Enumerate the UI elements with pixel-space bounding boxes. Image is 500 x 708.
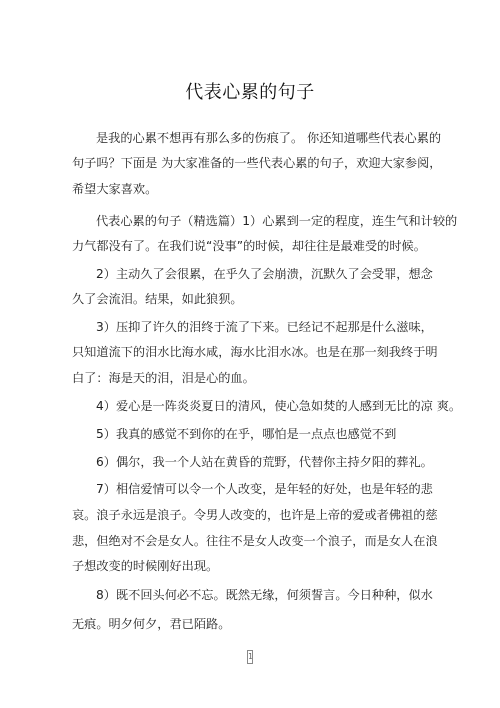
text-line: 2）主动久了会很累，在乎久了会崩溃，沉默久了会受罪，想念 xyxy=(96,268,433,280)
text-line: 代表心累的句子（精选篇）1）心累到一定的程度，连生气和计较的 xyxy=(96,215,457,227)
text-line: 只知道流下的泪水比海水咸，海水比泪水冰。也是在那一刻我终于明 xyxy=(72,346,438,358)
text-line: 句子吗？下面是 为大家准备的一些代表心累的句子，欢迎大家参阅， xyxy=(72,157,442,169)
document-title: 代表心累的句子 xyxy=(0,78,500,104)
text-line: 子想改变的时候刚好出现。 xyxy=(72,560,218,572)
text-line: 久了会流泪。结果，如此狼狈。 xyxy=(72,293,243,305)
text-line: 力气都没有了。在我们说“没事”的时候，却往往是最难受的时候。 xyxy=(72,240,426,252)
text-line: 无痕。明夕何夕，君已陌路。 xyxy=(72,618,230,630)
text-line: 5）我真的感觉不到你的在乎，哪怕是一点点也感觉不到 xyxy=(96,428,396,440)
text-line: 8）既不回头何必不忘。既然无缘，何须誓言。今日种种，似水 xyxy=(96,589,433,601)
text-line: 4）爱心是一阵炎炎夏日的清风，使心急如焚的人感到无比的凉 爽。 xyxy=(96,400,461,412)
text-line: 7）相信爱情可以令一个人改变，是年轻的好处，也是年轻的悲 xyxy=(96,483,433,495)
page-number: 1 xyxy=(247,650,253,664)
text-line: 6）偶尔，我一个人站在黄昏的荒野，代替你主持夕阳的葬礼。 xyxy=(96,456,433,468)
text-line: 是我的心累不想再有那么多的伤痕了。 你还知道哪些代表心累的 xyxy=(96,132,441,144)
text-line: 悲，但绝对不会是女人。往往不是女人改变一个浪子，而是女人在浪 xyxy=(72,535,438,547)
document-page: 代表心累的句子 是我的心累不想再有那么多的伤痕了。 你还知道哪些代表心累的句子吗… xyxy=(0,0,500,708)
text-line: 白了：海是天的泪，泪是心的血。 xyxy=(72,372,255,384)
text-line: 3）压抑了许久的泪终于流了下来。已经记不起那是什么滋味， xyxy=(96,321,433,333)
text-line: 希望大家喜欢。 xyxy=(72,183,157,195)
text-line: 哀。浪子永远是浪子。令男人改变的，也许是上帝的爱或者佛祖的慈 xyxy=(72,509,438,521)
